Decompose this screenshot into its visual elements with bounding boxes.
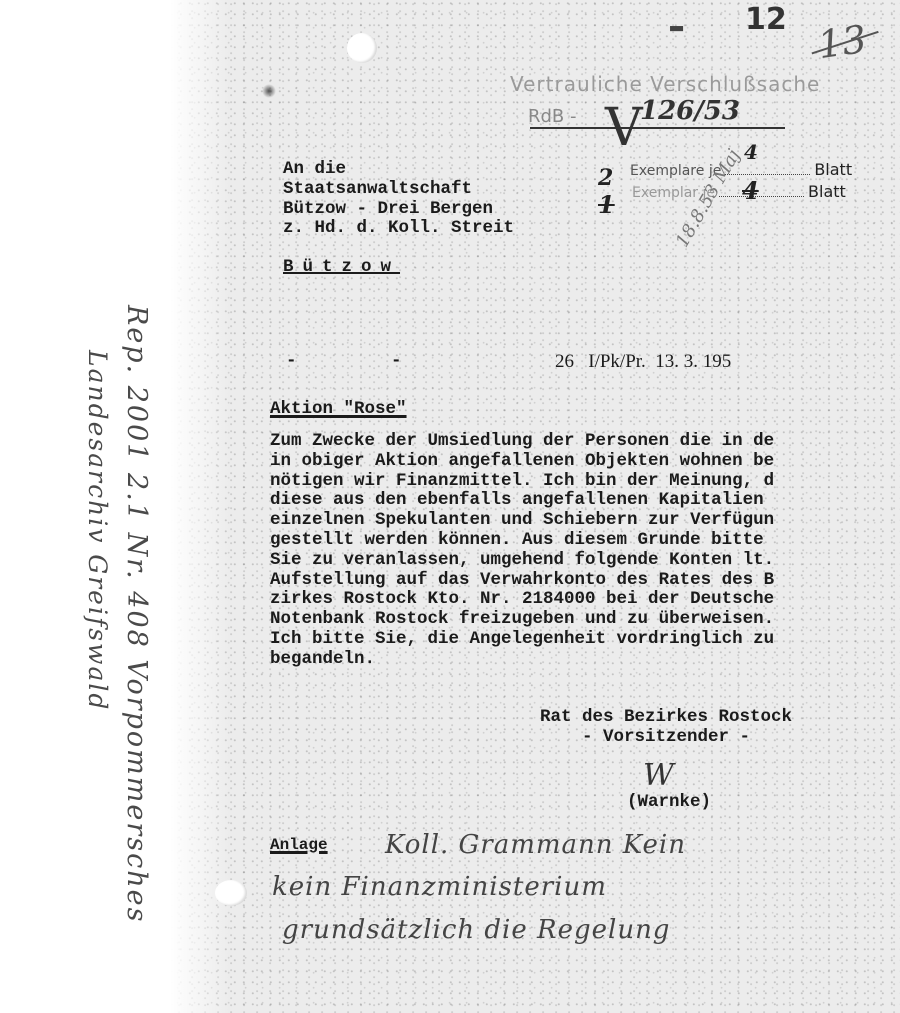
- dotted-line: [725, 174, 810, 175]
- body-line: in obiger Aktion angefallenen Objekten w…: [270, 452, 774, 472]
- handwritten-signature: W: [643, 758, 674, 793]
- body-line: diese aus den ebenfalls angefallenen Kap…: [270, 491, 774, 511]
- address-line: z. Hd. d. Koll. Streit: [283, 219, 514, 239]
- letter-body: Zum Zwecke der Umsiedlung der Personen d…: [270, 432, 774, 670]
- margin-note-archive-name: Landesarchiv Greifswald: [83, 350, 112, 711]
- stamp-title: Vertrauliche Verschlußsache: [510, 72, 820, 96]
- body-line: nötigen wir Finanzmittel. Ich bin der Me…: [270, 472, 774, 492]
- address-line: Bützow - Drei Bergen: [283, 200, 514, 220]
- reference-line: 26 I/Pk/Pr. 13. 3. 195: [555, 352, 731, 372]
- body-line: Aufstellung auf das Verwahrkonto des Rat…: [270, 571, 774, 591]
- signature-block: Rat des Bezirkes Rostock- Vorsitzender -: [540, 708, 792, 748]
- handwritten-note-line: grundsätzlich die Regelung: [282, 915, 670, 945]
- reference-dashes: - -: [286, 352, 402, 372]
- stamp-ref-number: 126/53: [640, 96, 740, 126]
- body-line: Zum Zwecke der Umsiedlung der Personen d…: [270, 432, 774, 452]
- address-line: Staatsanwaltschaft: [283, 180, 514, 200]
- body-line: begandeln.: [270, 650, 774, 670]
- recipient-address: An dieStaatsanwaltschaftBützow - Drei Be…: [283, 160, 514, 239]
- stamp-ref-prefix: RdB -: [528, 106, 577, 127]
- body-line: zirkes Rostock Kto. Nr. 2184000 bei der …: [270, 590, 774, 610]
- ink-blot: [262, 84, 276, 98]
- folio-number-crossed: 13: [815, 17, 869, 67]
- recipient-city: Bützow: [283, 258, 400, 278]
- stamp-row1-count: 2: [598, 165, 613, 191]
- body-line: Sie zu veranlassen, umgehend folgende Ko…: [270, 551, 774, 571]
- stamp-row2-pages: 4: [742, 176, 759, 205]
- margin-note-archive-reference: Rep. 2001 2.1 Nr. 408 Vorpommersches: [121, 305, 152, 923]
- enclosure-label: Anlage: [270, 836, 328, 856]
- stamp-row-unit: Blatt: [814, 160, 852, 179]
- address-line: An die: [283, 160, 514, 180]
- handwritten-note-line: kein Finanzministerium: [272, 872, 607, 902]
- dotted-line: [719, 196, 804, 197]
- stamp-row2-count: 1: [598, 190, 615, 219]
- handwritten-note-line: Koll. Grammann Kein: [385, 830, 686, 860]
- body-line: gestellt werden können. Aus diesem Grund…: [270, 531, 774, 551]
- signature-line: - Vorsitzender -: [540, 728, 792, 748]
- stamp-row-unit: Blatt: [808, 182, 846, 201]
- body-line: Notenbank Rostock freizugeben und zu übe…: [270, 610, 774, 630]
- body-line: Ich bitte Sie, die Angelegenheit vordrin…: [270, 630, 774, 650]
- punch-hole-bottom: [215, 880, 247, 906]
- folio-number: 12: [745, 2, 787, 37]
- stamp-underline: [530, 127, 785, 129]
- body-line: einzelnen Spekulanten und Schiebern zur …: [270, 511, 774, 531]
- signature-line: Rat des Bezirkes Rostock: [540, 708, 792, 728]
- stamp-row-copy: Exemplar jeBlatt: [632, 182, 846, 201]
- punch-hole-top: [347, 33, 377, 63]
- folio-dash: ▬: [670, 14, 683, 39]
- signatory-name: (Warnke): [627, 793, 711, 813]
- stamp-row1-pages: 4: [744, 140, 758, 164]
- subject-line: Aktion "Rose": [270, 400, 407, 420]
